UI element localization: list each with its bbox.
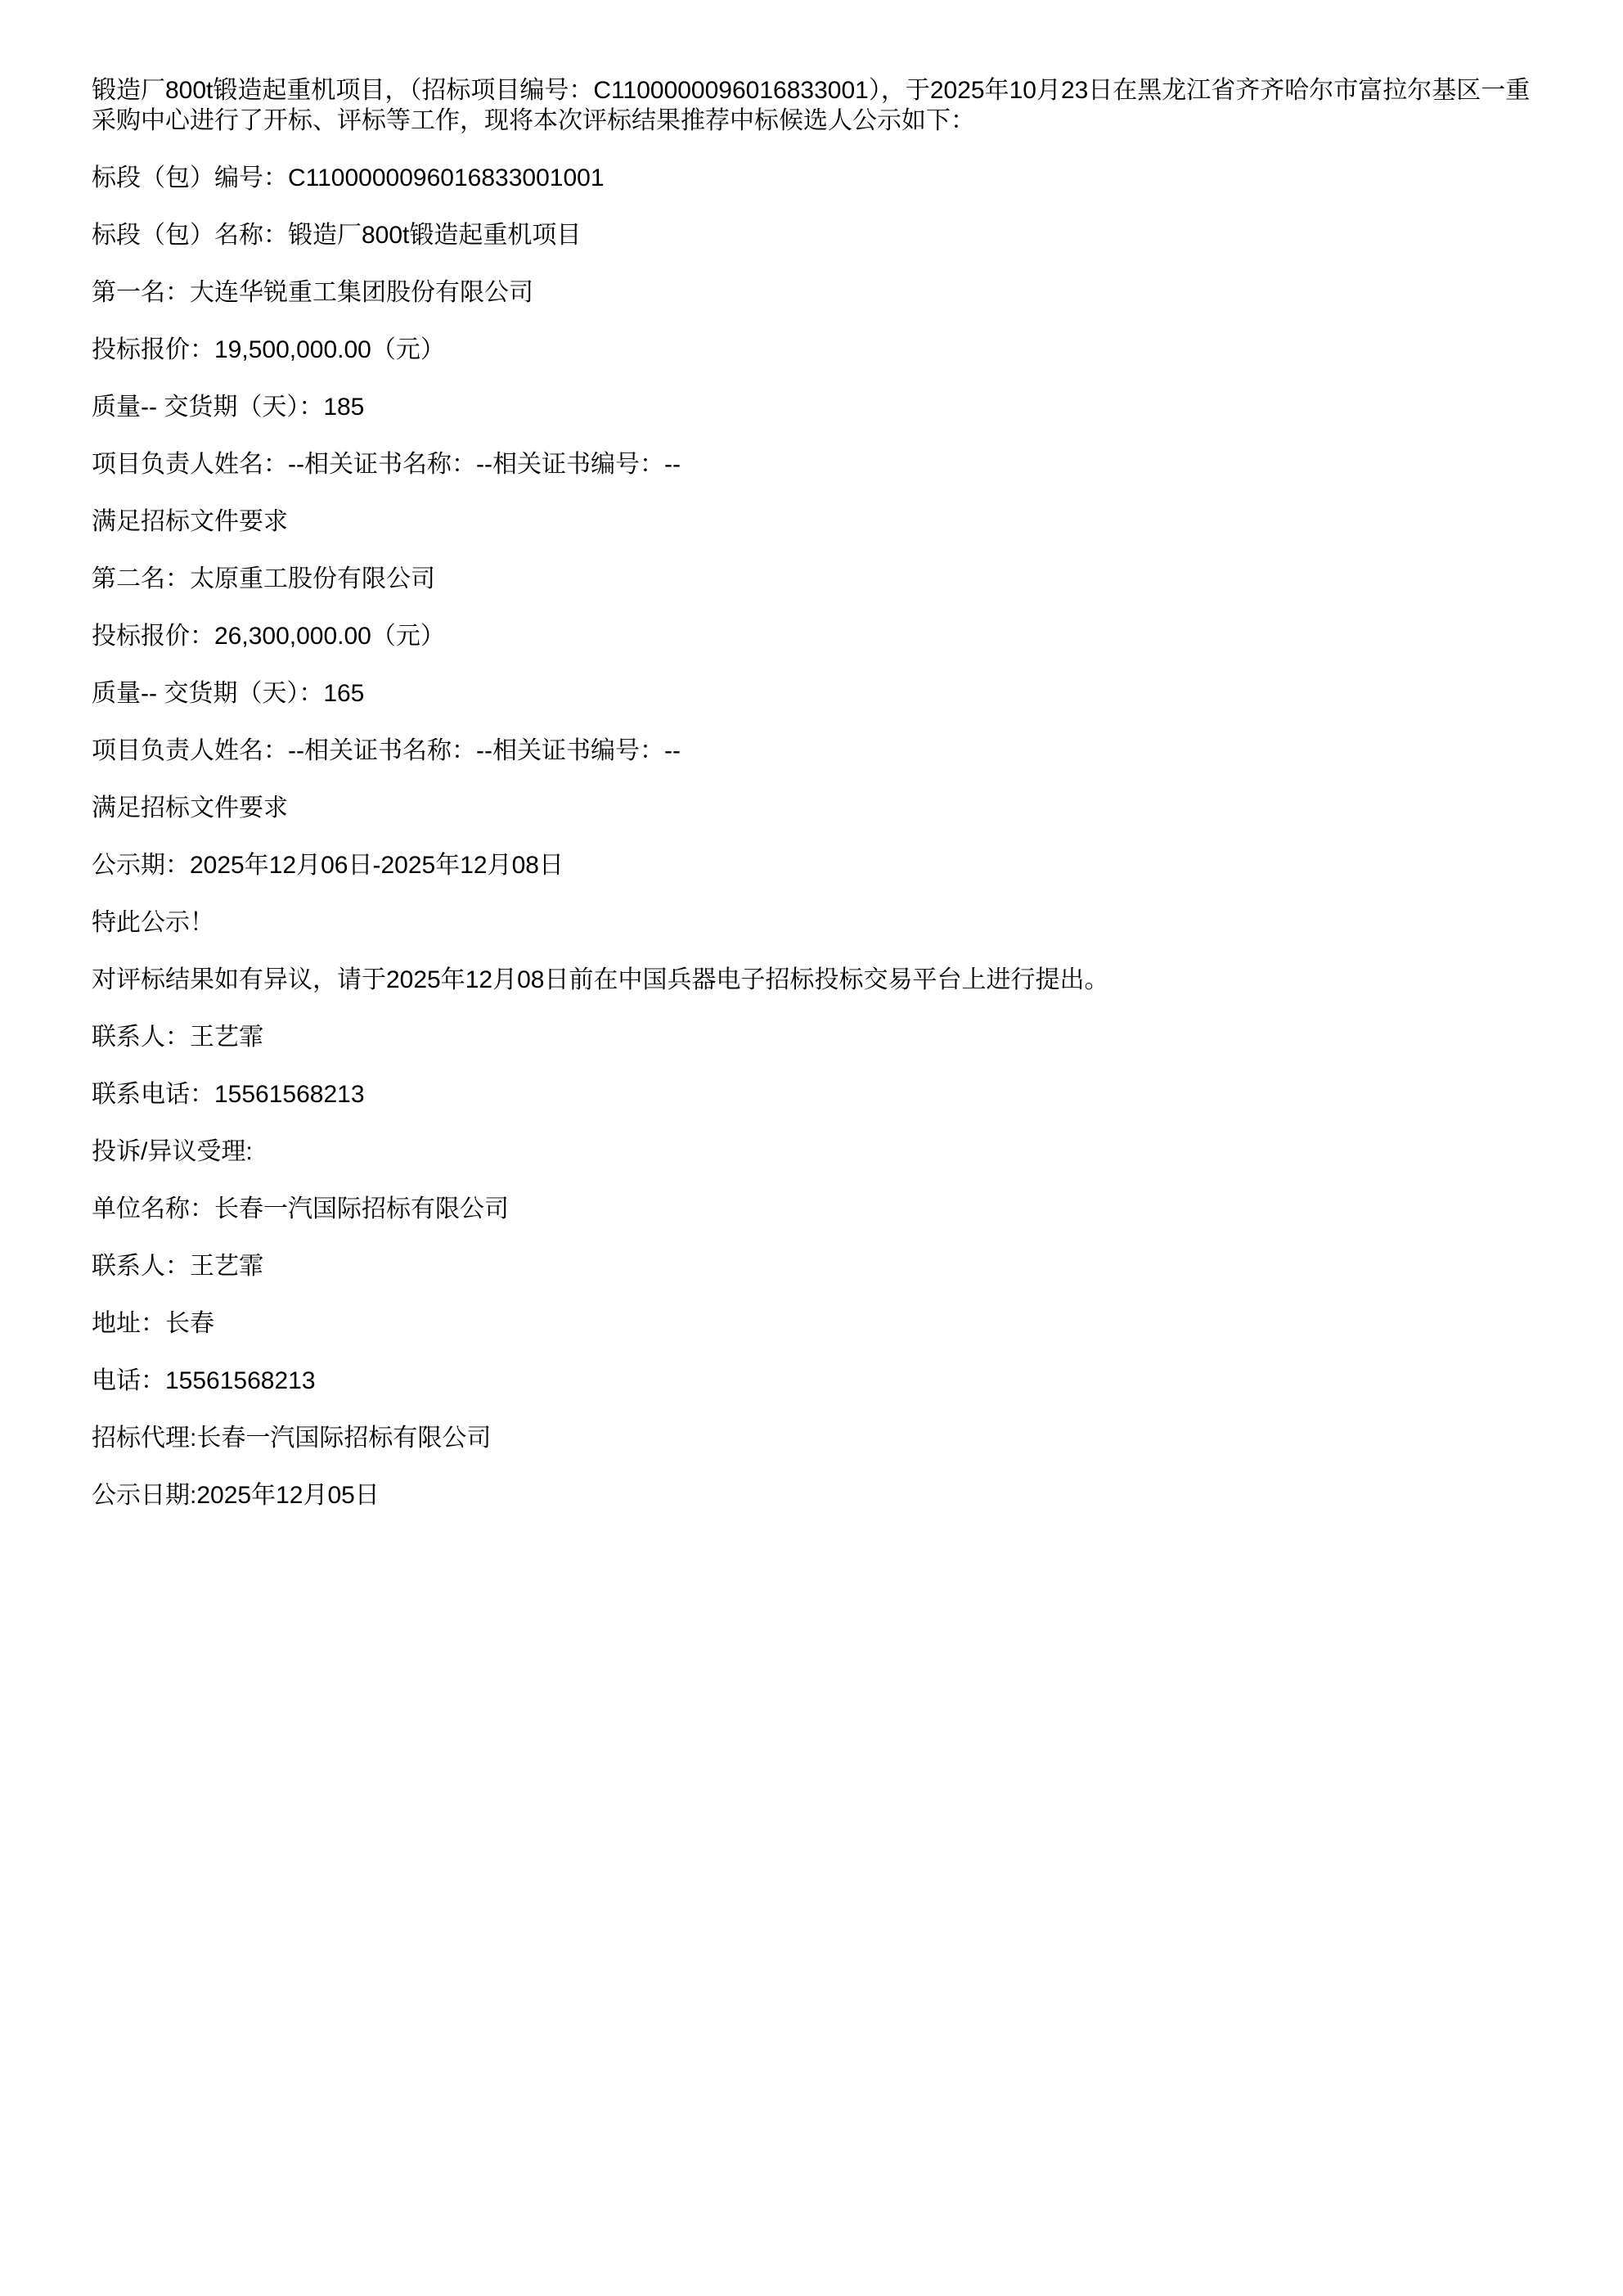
intro-paragraph: 锻造厂800t锻造起重机项目，（招标项目编号：C1100000096016833…: [92, 75, 1538, 136]
contact-person: 联系人：王艺霏: [92, 1022, 1538, 1052]
candidate-2-rank: 第二名：太原重工股份有限公司: [92, 564, 1538, 594]
candidate-1-compliance: 满足招标文件要求: [92, 506, 1538, 537]
candidate-2-bid-price: 投标报价：26,300,000.00（元）: [92, 621, 1538, 651]
objection-text: 对评标结果如有异议，请于2025年12月08日前在中国兵器电子招标投标交易平台上…: [92, 965, 1538, 995]
complaint-heading: 投诉/异议受理:: [92, 1137, 1538, 1167]
complaint-contact-person: 联系人：王艺霏: [92, 1251, 1538, 1281]
notice-text: 特此公示！: [92, 907, 1538, 938]
complaint-phone: 电话：15561568213: [92, 1366, 1538, 1396]
publicity-period: 公示期：2025年12月06日-2025年12月08日: [92, 850, 1538, 880]
publish-date: 公示日期:2025年12月05日: [92, 1480, 1538, 1510]
candidate-2-delivery: 质量-- 交货期（天）：165: [92, 678, 1538, 709]
candidate-1-manager: 项目负责人姓名：--相关证书名称：--相关证书编号：--: [92, 449, 1538, 479]
candidate-1-rank: 第一名：大连华锐重工集团股份有限公司: [92, 277, 1538, 308]
candidate-1-delivery: 质量-- 交货期（天）：185: [92, 392, 1538, 422]
candidate-2-compliance: 满足招标文件要求: [92, 793, 1538, 823]
tender-agency: 招标代理:长春一汽国际招标有限公司: [92, 1423, 1538, 1453]
complaint-unit-name: 单位名称：长春一汽国际招标有限公司: [92, 1194, 1538, 1224]
candidate-1-bid-price: 投标报价：19,500,000.00（元）: [92, 335, 1538, 365]
complaint-address: 地址：长春: [92, 1308, 1538, 1339]
announcement-document: 锻造厂800t锻造起重机项目，（招标项目编号：C1100000096016833…: [92, 75, 1538, 1537]
candidate-2-manager: 项目负责人姓名：--相关证书名称：--相关证书编号：--: [92, 736, 1538, 766]
lot-name: 标段（包）名称：锻造厂800t锻造起重机项目: [92, 220, 1538, 250]
lot-number: 标段（包）编号：C1100000096016833001001: [92, 163, 1538, 193]
contact-phone: 联系电话：15561568213: [92, 1079, 1538, 1110]
